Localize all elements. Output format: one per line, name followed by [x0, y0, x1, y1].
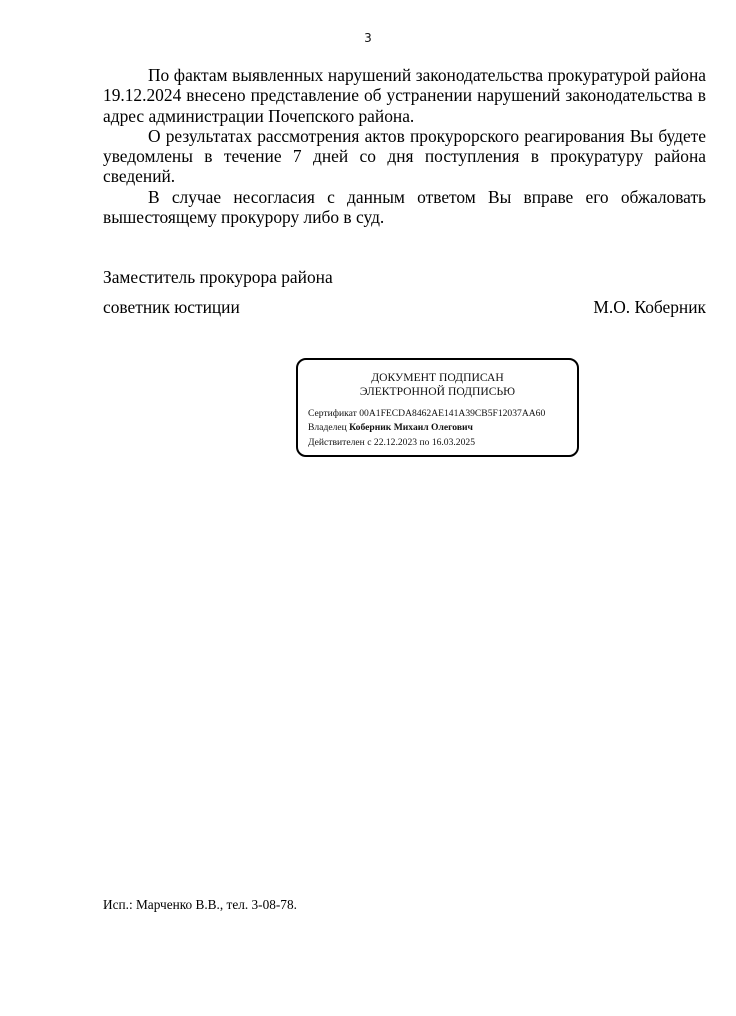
- stamp-owner: Владелец Коберник Михаил Олегович: [308, 421, 577, 435]
- owner-value: Коберник Михаил Олегович: [349, 422, 473, 433]
- signature-row: советник юстиции М.О. Коберник: [103, 297, 706, 318]
- stamp-validity: Действителен с 22.12.2023 по 16.03.2025: [308, 436, 577, 450]
- signer-name: М.О. Коберник: [593, 297, 706, 318]
- signer-rank: советник юстиции: [103, 297, 240, 318]
- paragraph-violations: По фактам выявленных нарушений законодат…: [103, 65, 706, 126]
- stamp-certificate: Сертификат 00A1FECDA8462AE141A39CB5F1203…: [308, 407, 577, 421]
- electronic-signature-stamp: ДОКУМЕНТ ПОДПИСАН ЭЛЕКТРОННОЙ ПОДПИСЬЮ С…: [296, 358, 579, 457]
- paragraph-appeal: В случае несогласия с данным ответом Вы …: [103, 187, 706, 228]
- valid-to-label: по: [419, 437, 429, 448]
- executor-info: Исп.: Марченко В.В., тел. 3-08-78.: [103, 897, 297, 913]
- valid-from: 22.12.2023: [374, 437, 417, 448]
- stamp-heading: ДОКУМЕНТ ПОДПИСАН ЭЛЕКТРОННОЙ ПОДПИСЬЮ: [298, 371, 577, 399]
- page-number: 3: [0, 31, 736, 45]
- valid-to: 16.03.2025: [432, 437, 475, 448]
- valid-from-label: с: [367, 437, 371, 448]
- owner-label: Владелец: [308, 422, 347, 433]
- stamp-heading-line2: ЭЛЕКТРОННОЙ ПОДПИСЬЮ: [298, 385, 577, 399]
- certificate-value: 00A1FECDA8462AE141A39CB5F12037AA60: [359, 408, 545, 419]
- signer-position: Заместитель прокурора района: [103, 267, 333, 288]
- paragraph-results: О результатах рассмотрения актов прокуро…: [103, 126, 706, 187]
- certificate-label: Сертификат: [308, 408, 357, 419]
- stamp-heading-line1: ДОКУМЕНТ ПОДПИСАН: [298, 371, 577, 385]
- letter-body: По фактам выявленных нарушений законодат…: [103, 65, 706, 227]
- valid-label: Действителен: [308, 437, 365, 448]
